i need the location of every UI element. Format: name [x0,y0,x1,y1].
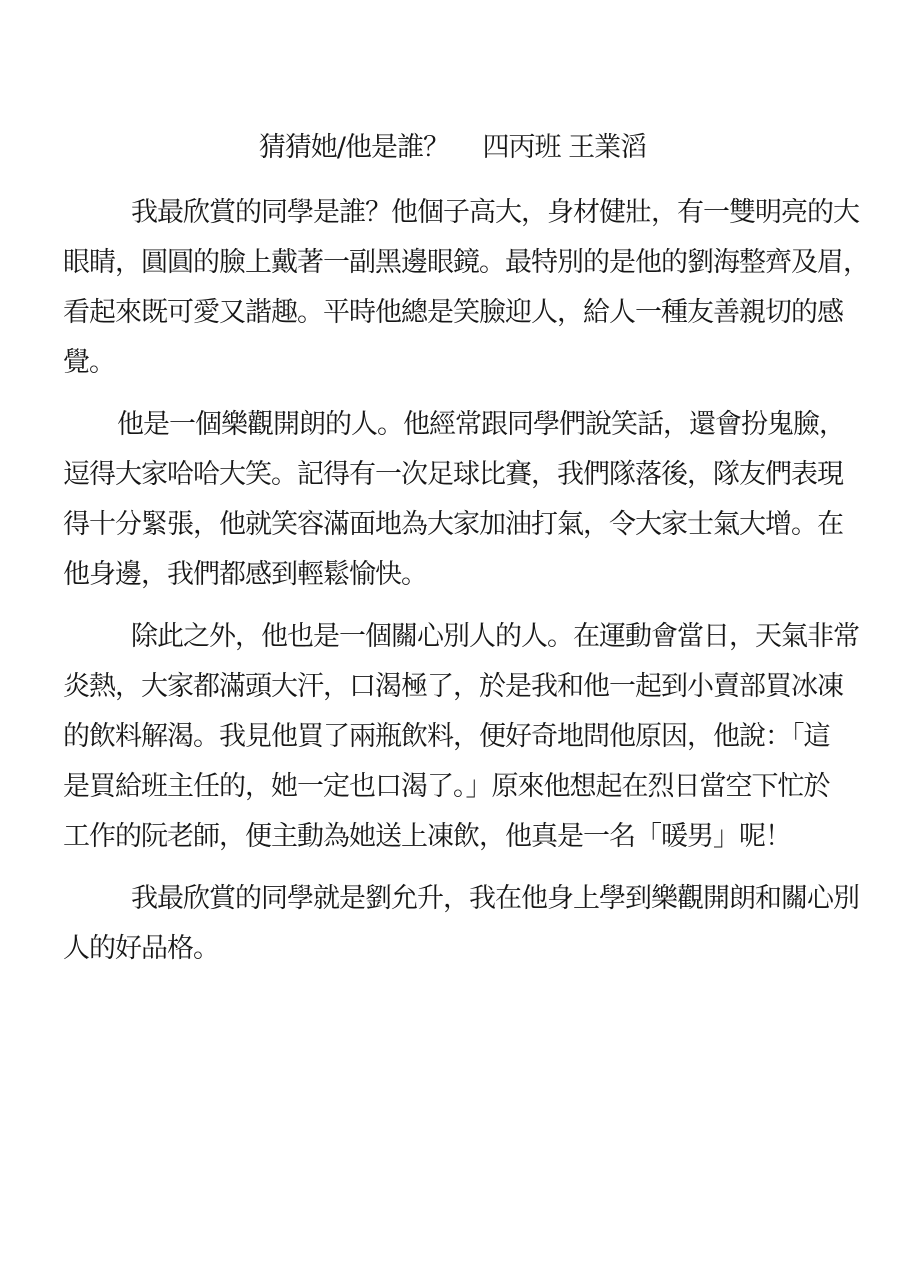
text-line: 他是一個樂觀開朗的人。他經常跟同學們說笑話，還會扮鬼臉， [63,400,847,450]
text-line: 的飲料解渴。我見他買了兩瓶飲料，便好奇地問他原因，他說：「這 [63,712,847,762]
text-line: 人的好品格。 [63,924,847,974]
paragraph: 他是一個樂觀開朗的人。他經常跟同學們說笑話，還會扮鬼臉，逗得大家哈哈大笑。記得有… [63,400,847,600]
text-line: 逗得大家哈哈大笑。記得有一次足球比賽，我們隊落後，隊友們表現 [63,450,847,500]
document-page: 猜猜她/他是誰？ 四丙班 王業滔 我最欣賞的同學是誰？他個子高大，身材健壯，有一… [0,0,905,1280]
paragraph: 除此之外，他也是一個關心別人的人。在運動會當日，天氣非常炎熱，大家都滿頭大汗，口… [63,612,847,862]
text-line: 看起來既可愛又諧趣。平時他總是笑臉迎人，給人一種友善親切的感 [63,288,847,338]
text-line: 他身邊，我們都感到輕鬆愉快。 [63,550,847,600]
text-line: 覺。 [63,338,847,388]
text-line: 眼睛，圓圓的臉上戴著一副黑邊眼鏡。最特別的是他的劉海整齊及眉， [63,238,847,288]
text-line: 是買給班主任的，她一定也口渴了。」原來他想起在烈日當空下忙於 [63,762,847,812]
text-line: 得十分緊張，他就笑容滿面地為大家加油打氣，令大家士氣大增。在 [63,500,847,550]
paragraph: 我最欣賞的同學就是劉允升，我在他身上學到樂觀開朗和關心別人的好品格。 [63,874,847,974]
text-line: 炎熱，大家都滿頭大汗，口渴極了，於是我和他一起到小賣部買冰凍 [63,662,847,712]
paragraph: 我最欣賞的同學是誰？他個子高大，身材健壯，有一雙明亮的大眼睛，圓圓的臉上戴著一副… [63,188,847,388]
document-body: 我最欣賞的同學是誰？他個子高大，身材健壯，有一雙明亮的大眼睛，圓圓的臉上戴著一副… [0,188,905,974]
text-line: 除此之外，他也是一個關心別人的人。在運動會當日，天氣非常 [63,612,847,662]
text-line: 我最欣賞的同學就是劉允升，我在他身上學到樂觀開朗和關心別 [63,874,847,924]
document-title: 猜猜她/他是誰？ 四丙班 王業滔 [0,128,905,168]
text-line: 工作的阮老師，便主動為她送上凍飲，他真是一名「暖男」呢！ [63,812,847,862]
text-line: 我最欣賞的同學是誰？他個子高大，身材健壯，有一雙明亮的大 [63,188,847,238]
